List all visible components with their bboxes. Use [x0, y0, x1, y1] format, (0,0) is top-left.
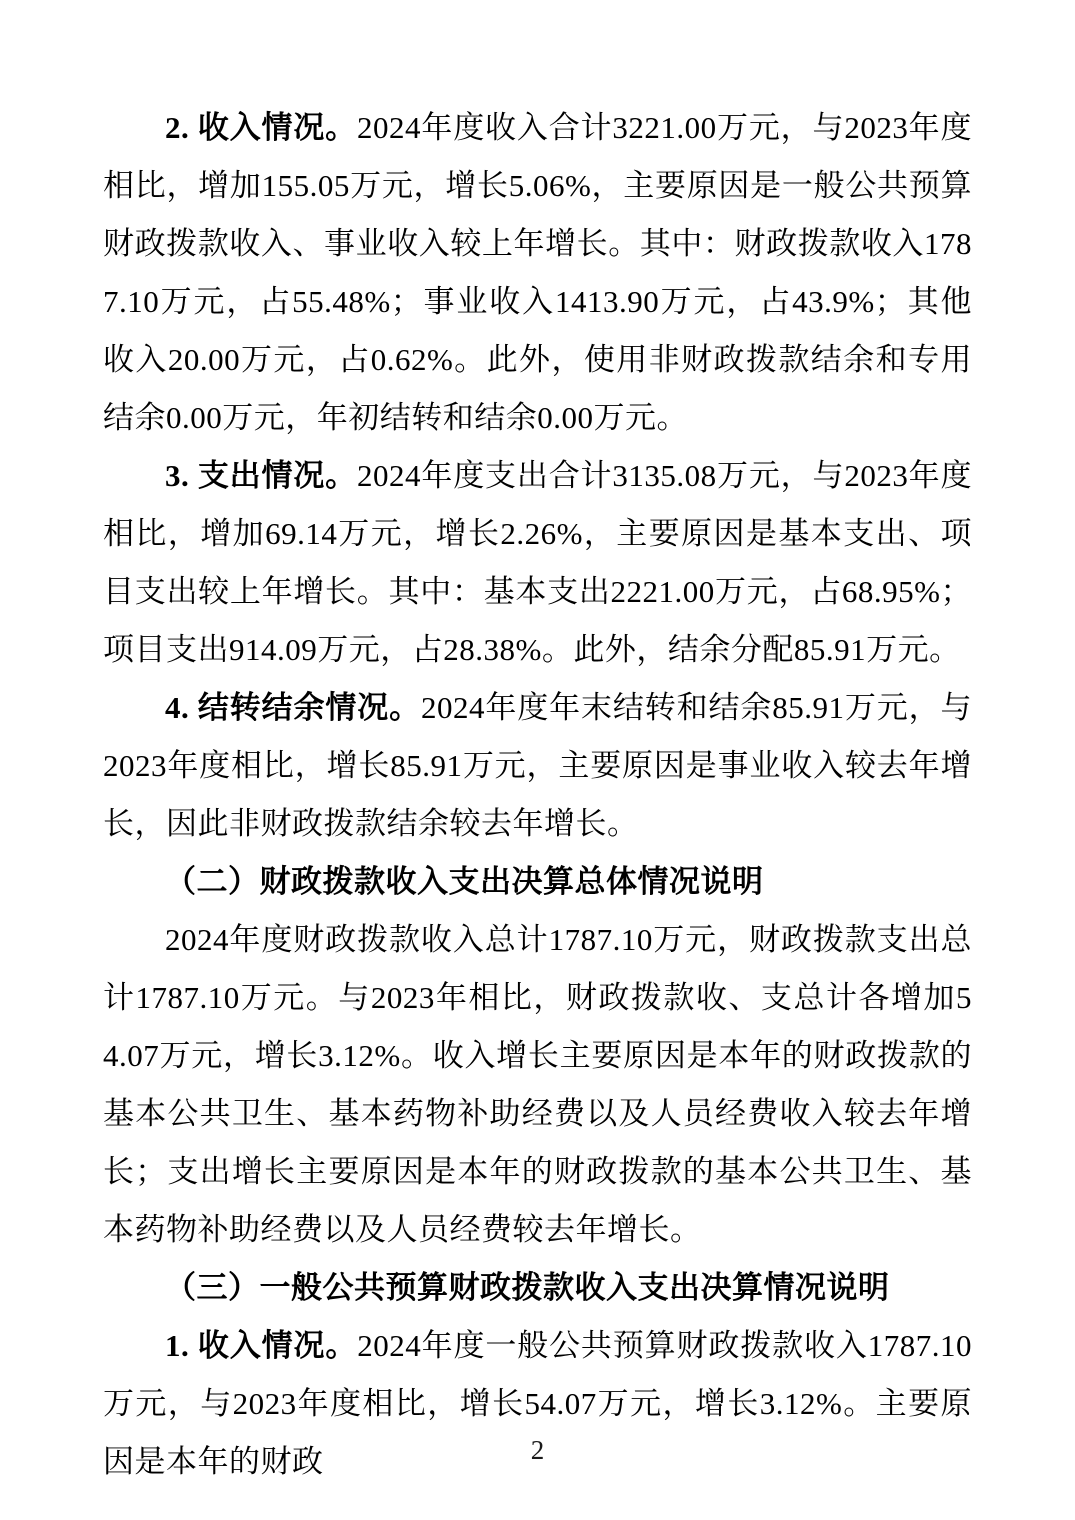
page-number: 2	[0, 1432, 1075, 1468]
paragraph-income-overview: 2. 收入情况。2024年度收入合计3221.00万元，与2023年度相比，增加…	[103, 99, 972, 447]
paragraph-general-budget-income-lead: 1. 收入情况。	[165, 1328, 357, 1363]
paragraph-expenditure-overview-lead: 3. 支出情况。	[165, 458, 357, 493]
paragraph-carryover-overview-lead: 4. 结转结余情况。	[165, 690, 421, 725]
document-body: 2. 收入情况。2024年度收入合计3221.00万元，与2023年度相比，增加…	[103, 99, 972, 1491]
heading-section-fiscal-appropriation: （二）财政拨款收入支出决算总体情况说明	[103, 853, 972, 911]
heading-section-general-public-budget: （三）一般公共预算财政拨款收入支出决算情况说明	[103, 1259, 972, 1317]
paragraph-expenditure-overview: 3. 支出情况。2024年度支出合计3135.08万元，与2023年度相比，增加…	[103, 447, 972, 679]
paragraph-carryover-overview: 4. 结转结余情况。2024年度年末结转和结余85.91万元，与2023年度相比…	[103, 679, 972, 853]
paragraph-fiscal-appropriation-detail: 2024年度财政拨款收入总计1787.10万元，财政拨款支出总计1787.10万…	[103, 911, 972, 1259]
paragraph-income-overview-lead: 2. 收入情况。	[165, 110, 357, 145]
paragraph-income-overview-text: 2024年度收入合计3221.00万元，与2023年度相比，增加155.05万元…	[103, 110, 972, 435]
document-page: 2. 收入情况。2024年度收入合计3221.00万元，与2023年度相比，增加…	[0, 0, 1075, 1520]
paragraph-fiscal-appropriation-detail-text: 2024年度财政拨款收入总计1787.10万元，财政拨款支出总计1787.10万…	[103, 922, 972, 1247]
